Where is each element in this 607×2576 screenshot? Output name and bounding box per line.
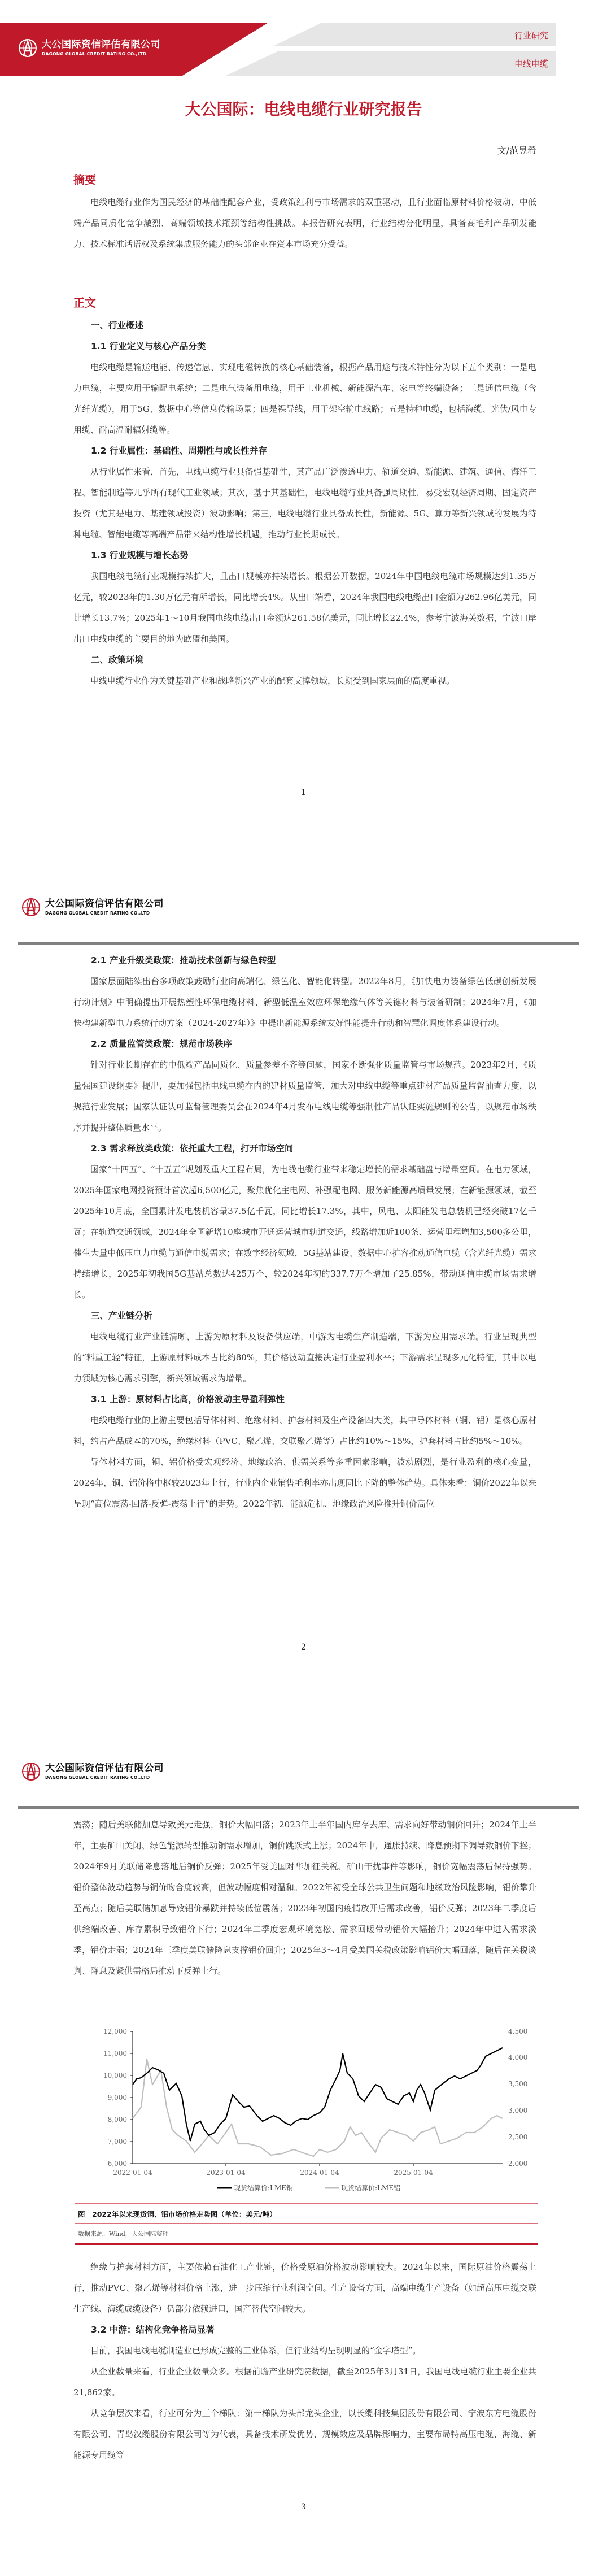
abstract-paragraph: 电线电缆行业作为国民经济的基础性配套产业，受政策红利与市场需求的双重驱动，且行业… xyxy=(73,192,536,255)
company-logo: 大公国际资信评估有限公司 DAGONG GLOBAL CREDIT RATING… xyxy=(21,1762,164,1781)
subsection-heading: 1.3 行业规模与增长态势 xyxy=(73,545,536,566)
paragraph: 电线电缆是输送电能、传递信息、实现电磁转换的核心基础装备，根据产品用途与技术特性… xyxy=(73,357,536,441)
paragraph: 目前，我国电线电缆制造业已形成完整的工业体系，但行业结构呈现明显的“金字塔型”。 xyxy=(73,2340,536,2361)
header-rule xyxy=(18,1806,579,1809)
subsection-heading: 1.2 行业属性：基础性、周期性与成长性并存 xyxy=(73,441,536,462)
section-heading: 三、产业链分析 xyxy=(73,1306,536,1326)
paragraph: 国家层面陆续出台多项政策鼓励行业向高端化、绿色化、智能化转型。2022年8月，《… xyxy=(73,971,536,1034)
page-3: 大公国际资信评估有限公司 DAGONG GLOBAL CREDIT RATING… xyxy=(0,1689,607,2576)
svg-text:2022-01-04: 2022-01-04 xyxy=(113,2169,152,2177)
figure-caption: 图 2022年以来现货铜、铝市场价格走势图（单位：美元/吨） 数据来源：Wind… xyxy=(75,2203,538,2245)
paragraph: 电线电缆行业的上游主要包括导体材料、绝缘材料、护套材料及生产设备四大类，其中导体… xyxy=(73,1410,536,1452)
abstract-heading: 摘要 xyxy=(73,171,96,187)
paragraph: 从企业数量来看，行业企业数量众多。根据前瞻产业研究院数据，截至2025年3月31… xyxy=(73,2361,536,2403)
figure-source: 数据来源：Wind，大公国际整理 xyxy=(75,2224,538,2243)
page-1-body: 一、行业概述 1.1 行业定义与核心产品分类 电线电缆是输送电能、传递信息、实现… xyxy=(73,315,536,691)
page-2: 大公国际资信评估有限公司 DAGONG GLOBAL CREDIT RATING… xyxy=(0,825,607,1689)
company-name-en: DAGONG GLOBAL CREDIT RATING CO.,LTD xyxy=(42,52,160,56)
svg-text:8,000: 8,000 xyxy=(108,2116,127,2124)
page-3-body-bottom: 绝缘与护套材料方面，主要依赖石油化工产业链，价格受原油价格波动影响较大。2024… xyxy=(73,2257,536,2466)
figure-title: 图 2022年以来现货铜、铝市场价格走势图（单位：美元/吨） xyxy=(75,2204,538,2223)
paragraph: 我国电线电缆行业规模持续扩大，且出口规模亦持续增长。根据公开数据，2024年中国… xyxy=(73,566,536,650)
header-rule xyxy=(18,942,579,945)
page-number: 3 xyxy=(0,2503,607,2512)
svg-text:2,500: 2,500 xyxy=(508,2133,527,2141)
company-name-en: DAGONG GLOBAL CREDIT RATING CO.,LTD xyxy=(45,911,164,916)
company-name-en: DAGONG GLOBAL CREDIT RATING CO.,LTD xyxy=(45,1776,164,1780)
section-heading: 二、政策环境 xyxy=(73,650,536,671)
section-heading: 一、行业概述 xyxy=(73,315,536,336)
header-grey-panel-bottom: 电线电缆 xyxy=(226,51,556,76)
page-1: 行业研究 电线电缆 大公国际资信评估有限公司 DAGONG GLOBAL CRE… xyxy=(0,0,607,825)
globe-logo-icon xyxy=(21,898,41,917)
page-number: 1 xyxy=(0,788,607,797)
running-header: 大公国际资信评估有限公司 DAGONG GLOBAL CREDIT RATING… xyxy=(0,1760,607,1811)
legend-copper: 现货结算价:LME铜 xyxy=(234,2183,293,2192)
paragraph: 电线电缆行业产业链清晰，上游为原材料及设备供应端，中游为电缆生产制造端，下游为应… xyxy=(73,1326,536,1389)
legend-aluminum: 现货结算价:LME铝 xyxy=(341,2183,400,2192)
report-title: 大公国际：电线电缆行业研究报告 xyxy=(0,97,607,120)
svg-text:2025-01-04: 2025-01-04 xyxy=(394,2169,433,2177)
svg-text:12,000: 12,000 xyxy=(103,2027,127,2035)
paragraph: 电线电缆行业作为关键基础产业和战略新兴产业的配套支撑领域，长期受到国家层面的高度… xyxy=(73,671,536,691)
subsection-heading: 2.1 产业升级类政策：推动技术创新与绿色转型 xyxy=(73,950,536,971)
page-3-body-top: 震荡；随后美联储加息导致美元走强，铜价大幅回落；2023年上半年国内库存去库、需… xyxy=(73,1814,536,1982)
report-author: 文/范昱希 xyxy=(497,143,536,156)
subsection-heading: 2.2 质量监管类政策：规范市场秩序 xyxy=(73,1034,536,1055)
subsection-heading: 1.1 行业定义与核心产品分类 xyxy=(73,336,536,357)
subsection-heading: 2.3 需求释放类政策：依托重大工程，打开市场空间 xyxy=(73,1138,536,1159)
svg-text:2023-01-04: 2023-01-04 xyxy=(206,2169,246,2177)
svg-text:10,000: 10,000 xyxy=(103,2072,127,2079)
report-category-tag: 行业研究 xyxy=(514,29,548,41)
body-heading: 正文 xyxy=(73,294,96,310)
company-name-cn: 大公国际资信评估有限公司 xyxy=(42,40,160,50)
svg-text:4,000: 4,000 xyxy=(508,2053,527,2061)
svg-text:7,000: 7,000 xyxy=(108,2138,127,2146)
company-logo: 大公国际资信评估有限公司 DAGONG GLOBAL CREDIT RATING… xyxy=(18,38,160,58)
svg-text:9,000: 9,000 xyxy=(108,2094,127,2101)
svg-text:3,500: 3,500 xyxy=(508,2080,527,2088)
paragraph: 从行业属性来看，首先，电线电缆行业具备强基础性，其产品广泛渗透电力、轨道交通、新… xyxy=(73,462,536,545)
paragraph: 国家“十四五”、“十五五”规划及重大工程布局，为电线电缆行业带来稳定增长的需求基… xyxy=(73,1159,536,1306)
page-number: 2 xyxy=(0,1643,607,1652)
svg-text:2024-01-04: 2024-01-04 xyxy=(300,2169,339,2177)
subsection-heading: 3.1 上游：原材料占比高，价格波动主导盈利弹性 xyxy=(73,1389,536,1410)
subsection-heading: 3.2 中游：结构化竞争格局显著 xyxy=(73,2320,536,2340)
globe-logo-icon xyxy=(18,38,37,58)
caption-rule-bottom xyxy=(75,2243,538,2245)
svg-text:11,000: 11,000 xyxy=(103,2050,127,2057)
svg-text:3,000: 3,000 xyxy=(508,2107,527,2114)
industry-tag: 电线电缆 xyxy=(514,58,548,69)
paragraph-continued: 震荡；随后美联储加息导致美元走强，铜价大幅回落；2023年上半年国内库存去库、需… xyxy=(73,1814,536,1982)
paragraph: 绝缘与护套材料方面，主要依赖石油化工产业链，价格受原油价格波动影响较大。2024… xyxy=(73,2257,536,2320)
company-logo: 大公国际资信评估有限公司 DAGONG GLOBAL CREDIT RATING… xyxy=(21,898,164,917)
company-name-cn: 大公国际资信评估有限公司 xyxy=(45,1763,164,1774)
paragraph: 从竞争层次来看，行业可分为三个梯队：第一梯队为头部龙头企业，以长缆科技集团股份有… xyxy=(73,2403,536,2466)
abstract-text-block: 电线电缆行业作为国民经济的基础性配套产业，受政策红利与市场需求的双重驱动，且行业… xyxy=(73,192,536,255)
page-2-body: 2.1 产业升级类政策：推动技术创新与绿色转型 国家层面陆续出台多项政策鼓励行业… xyxy=(73,950,536,1515)
svg-text:6,000: 6,000 xyxy=(108,2160,127,2168)
svg-text:2,000: 2,000 xyxy=(508,2160,527,2168)
paragraph: 导体材料方面，铜、铝价格受宏观经济、地缘政治、供需关系等多重因素影响，波动剧烈，… xyxy=(73,1452,536,1515)
globe-logo-icon xyxy=(21,1762,41,1781)
company-name-cn: 大公国际资信评估有限公司 xyxy=(45,899,164,910)
paragraph: 针对行业长期存在的中低端产品同质化、质量参差不齐等问题，国家不断强化质量监管与市… xyxy=(73,1055,536,1138)
svg-text:4,500: 4,500 xyxy=(508,2027,527,2035)
running-header: 大公国际资信评估有限公司 DAGONG GLOBAL CREDIT RATING… xyxy=(0,895,607,946)
header-grey-panel-top: 行业研究 xyxy=(274,23,556,46)
cover-header-band: 行业研究 电线电缆 大公国际资信评估有限公司 DAGONG GLOBAL CRE… xyxy=(0,23,556,76)
copper-aluminum-price-chart: 6,0007,0008,000 9,00010,00011,00012,000 … xyxy=(73,2022,536,2192)
